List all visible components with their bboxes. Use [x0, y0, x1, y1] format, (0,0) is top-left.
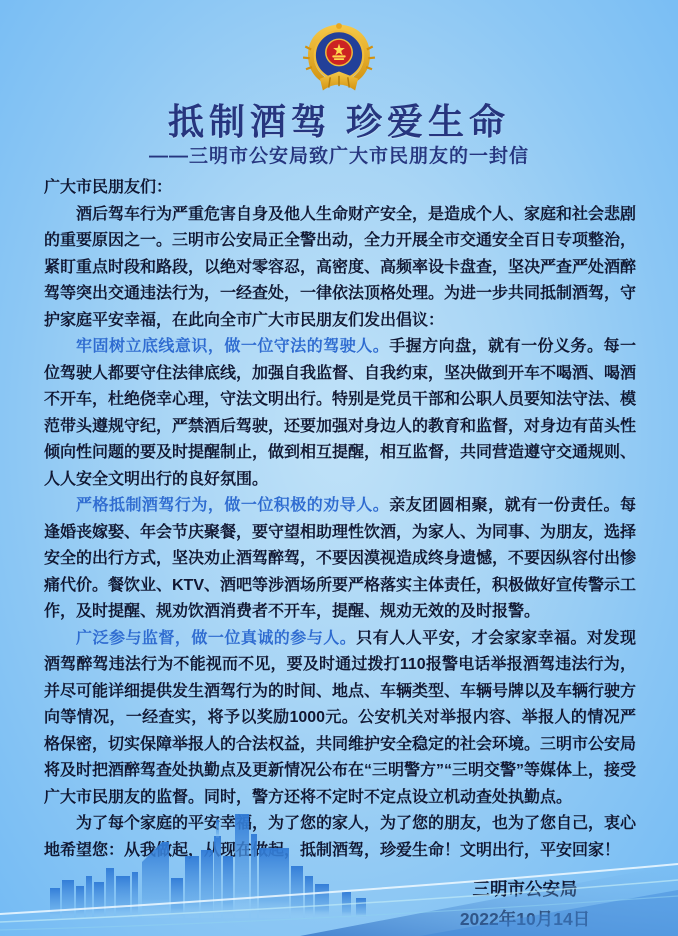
signature-org: 三明市公安局: [420, 874, 630, 904]
paragraph-proposal-1: 牢固树立底线意识，做一位守法的驾驶人。手握方向盘，就有一份义务。每一位驾驶人都要…: [44, 334, 636, 493]
paragraph-intro-text: 酒后驾车行为严重危害自身及他人生命财产安全，是造成个人、家庭和社会悲剧的重要原因…: [44, 206, 636, 329]
drunk-driving-letter-poster: 抵制酒驾 珍爱生命 ——三明市公安局致广大市民朋友的一封信 广大市民朋友们： 酒…: [0, 0, 678, 936]
paragraph-closing-text: 为了每个家庭的平安幸福，为了您的家人，为了您的朋友，也为了您自己，衷心地希望您：…: [44, 815, 636, 859]
paragraph-1-text: 手握方向盘，就有一份义务。每一位驾驶人都要守住法律底线，加强自我监督、自我约束，…: [44, 338, 636, 488]
paragraph-2-lead: 严格抵制酒驾行为，做一位积极的劝导人。: [76, 497, 389, 514]
paragraph-2-text: 亲友团圆相聚，就有一份责任。每逢婚丧嫁娶、年会节庆聚餐，要守望相助理性饮酒，为家…: [44, 497, 636, 620]
salutation: 广大市民朋友们：: [44, 175, 636, 202]
signature-block: 三明市公安局 2022年10月14日: [420, 874, 630, 934]
paragraph-1-lead: 牢固树立底线意识，做一位守法的驾驶人。: [76, 338, 389, 355]
paragraph-proposal-2: 严格抵制酒驾行为，做一位积极的劝导人。亲友团圆相聚，就有一份责任。每逢婚丧嫁娶、…: [44, 493, 636, 626]
paragraph-proposal-3: 广泛参与监督，做一位真诚的参与人。只有人人平安，才会家家幸福。对发现酒驾醉驾违法…: [44, 626, 636, 812]
signature-date: 2022年10月14日: [420, 904, 630, 934]
paragraph-3-text: 只有人人平安，才会家家幸福。对发现酒驾醉驾违法行为不能视而不见，要及时通过拨打1…: [44, 630, 636, 806]
paragraph-3-lead: 广泛参与监督，做一位真诚的参与人。: [76, 630, 356, 647]
paragraph-closing: 为了每个家庭的平安幸福，为了您的家人，为了您的朋友，也为了您自己，衷心地希望您：…: [44, 811, 636, 864]
letter-body: 广大市民朋友们： 酒后驾车行为严重危害自身及他人生命财产安全，是造成个人、家庭和…: [44, 175, 636, 864]
poster-subtitle: ——三明市公安局致广大市民朋友的一封信: [0, 141, 678, 168]
paragraph-intro: 酒后驾车行为严重危害自身及他人生命财产安全，是造成个人、家庭和社会悲剧的重要原因…: [44, 202, 636, 335]
poster-title: 抵制酒驾 珍爱生命: [0, 94, 678, 145]
police-badge-icon: [295, 20, 383, 98]
